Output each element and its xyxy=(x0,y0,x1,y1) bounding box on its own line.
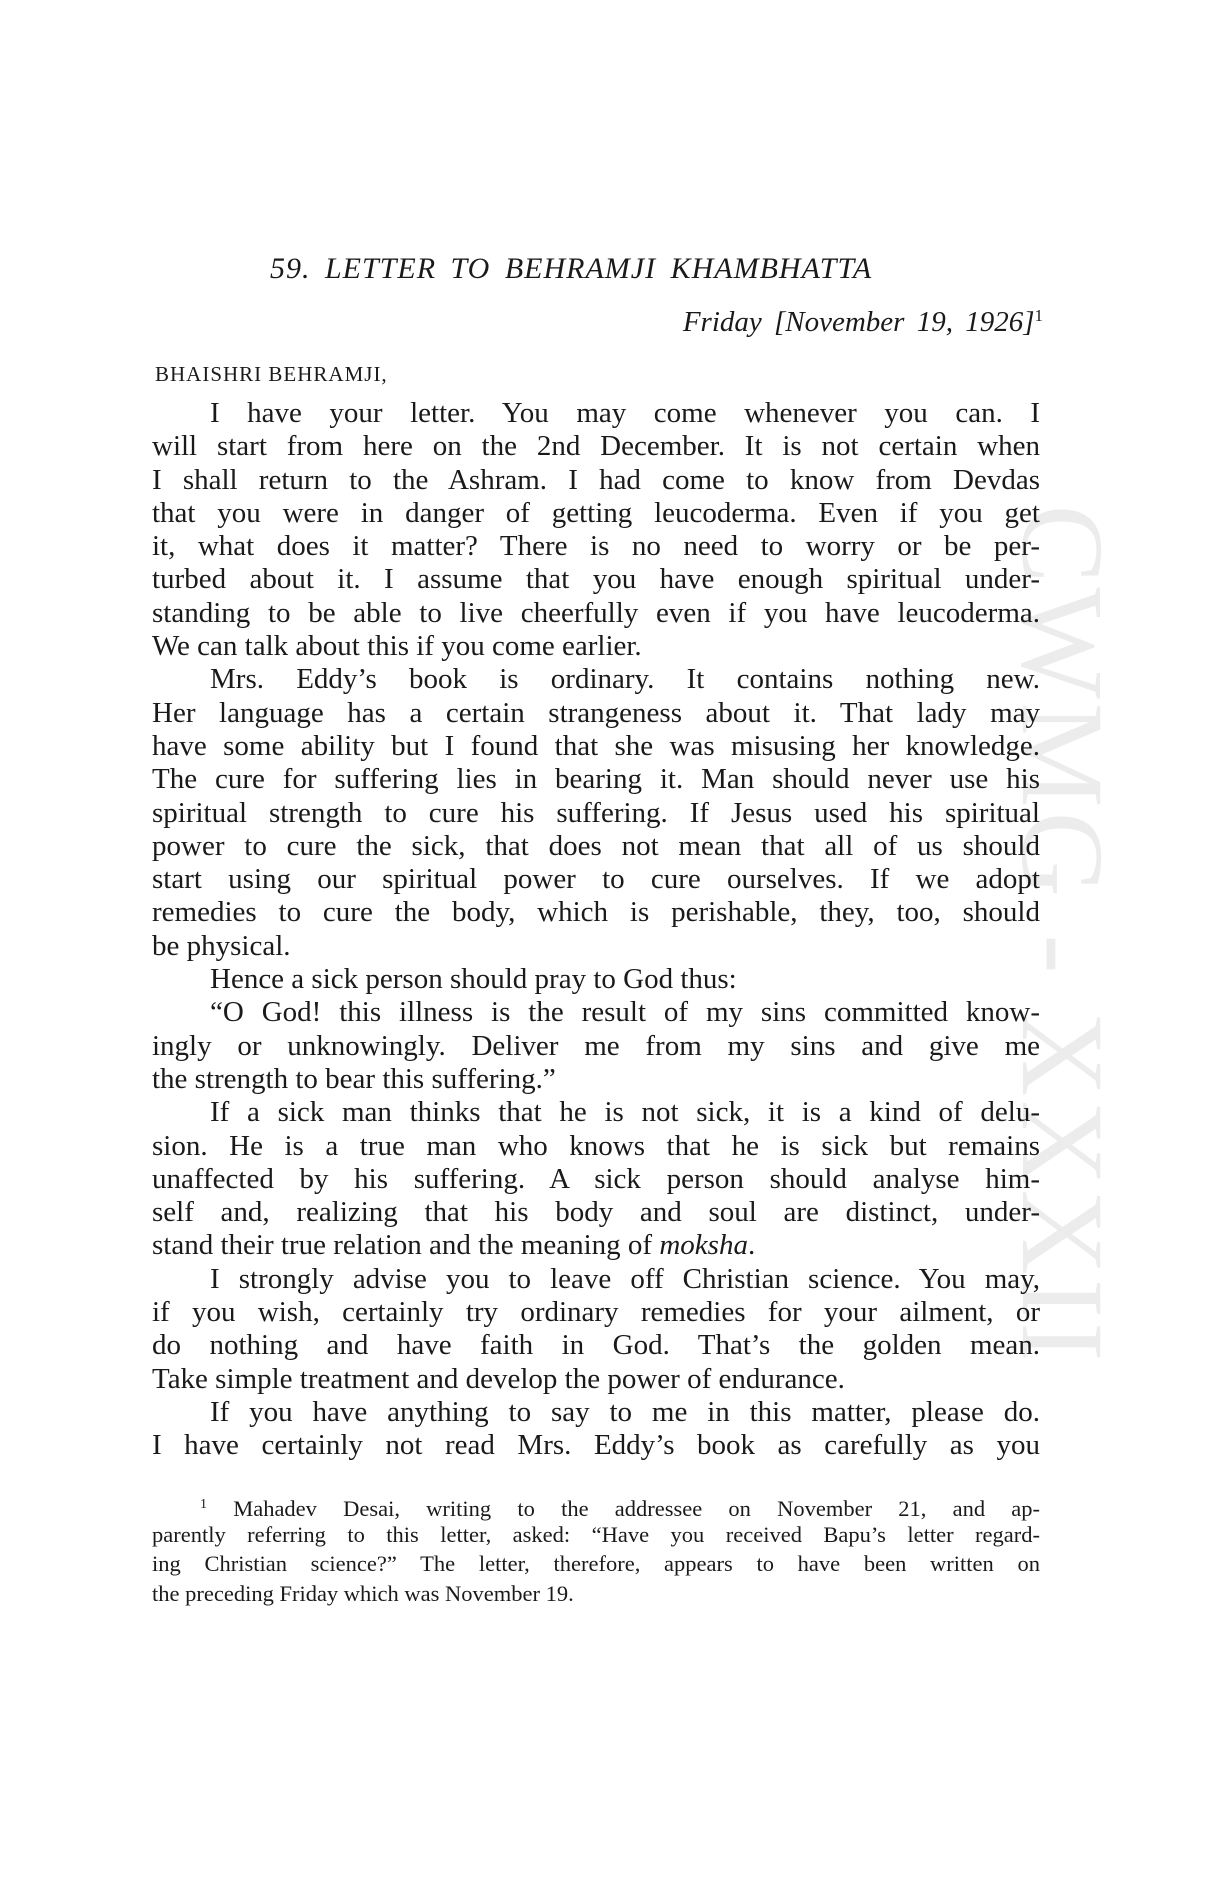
footnote-line: ing Christian science?” The letter, ther… xyxy=(152,1549,1040,1579)
body-line: remedies to cure the body, which is peri… xyxy=(152,896,1040,929)
body-line: the strength to bear this suffering.” xyxy=(152,1063,1040,1096)
dateline: Friday [November 19, 1926]1 xyxy=(683,306,1043,339)
body-line: Hence a sick person should pray to God t… xyxy=(152,963,1040,996)
punctuation: . xyxy=(748,1229,755,1261)
body-line: do nothing and have faith in God. That’s… xyxy=(152,1329,1040,1362)
body-line: standing to be able to live cheerfully e… xyxy=(152,597,1040,630)
body-line: that you were in danger of getting leuco… xyxy=(152,497,1040,530)
body-line: If you have anything to say to me in thi… xyxy=(152,1396,1040,1429)
body-line: Her language has a certain strangeness a… xyxy=(152,697,1040,730)
body-line: power to cure the sick, that does not me… xyxy=(152,830,1040,863)
body-line: Take simple treatment and develop the po… xyxy=(152,1363,1040,1396)
body-line: it, what does it matter? There is no nee… xyxy=(152,530,1040,563)
body-line: be physical. xyxy=(152,930,1040,963)
body-line: The cure for suffering lies in bearing i… xyxy=(152,763,1040,796)
letter-body: I have your letter. You may come wheneve… xyxy=(152,397,1040,1463)
footnote-text: Mahadev Desai, writing to the addressee … xyxy=(233,1496,1040,1521)
body-line: “O God! this illness is the result of my… xyxy=(152,996,1040,1029)
body-line: I have certainly not read Mrs. Eddy’s bo… xyxy=(152,1429,1040,1462)
salutation: BHAISHRI BEHRAMJI, xyxy=(155,362,388,387)
body-line: I have your letter. You may come wheneve… xyxy=(152,397,1040,430)
dateline-text: Friday [November 19, 1926] xyxy=(683,306,1035,338)
body-line: if you wish, certainly try ordinary reme… xyxy=(152,1296,1040,1329)
letter-title: 59. LETTER TO BEHRAMJI KHAMBHATTA xyxy=(270,252,872,286)
body-line-text: stand their true relation and the meanin… xyxy=(152,1229,652,1261)
footnote-ref: 1 xyxy=(1035,306,1044,325)
footnote-line: the preceding Friday which was November … xyxy=(152,1579,1040,1609)
italic-term: moksha xyxy=(659,1229,748,1261)
body-line: ingly or unknowingly. Deliver me from my… xyxy=(152,1030,1040,1063)
body-line: stand their true relation and the meanin… xyxy=(152,1229,1040,1262)
footnotes: 1 Mahadev Desai, writing to the addresse… xyxy=(152,1490,1040,1608)
body-line: self and, realizing that his body and so… xyxy=(152,1196,1040,1229)
body-line: We can talk about this if you come earli… xyxy=(152,630,1040,663)
body-line: unaffected by his suffering. A sick pers… xyxy=(152,1163,1040,1196)
body-line: I shall return to the Ashram. I had come… xyxy=(152,464,1040,497)
body-line: sion. He is a true man who knows that he… xyxy=(152,1130,1040,1163)
footnote-marker: 1 xyxy=(200,1497,207,1512)
body-line: Mrs. Eddy’s book is ordinary. It contain… xyxy=(152,663,1040,696)
footnote-line: 1 Mahadev Desai, writing to the addresse… xyxy=(152,1490,1040,1520)
footnote-line: parently referring to this letter, asked… xyxy=(152,1520,1040,1550)
body-line: I strongly advise you to leave off Chris… xyxy=(152,1263,1040,1296)
body-line: spiritual strength to cure his suffering… xyxy=(152,797,1040,830)
body-line: turbed about it. I assume that you have … xyxy=(152,563,1040,596)
body-line: have some ability but I found that she w… xyxy=(152,730,1040,763)
body-line: start using our spiritual power to cure … xyxy=(152,863,1040,896)
body-line: will start from here on the 2nd December… xyxy=(152,430,1040,463)
body-line: If a sick man thinks that he is not sick… xyxy=(152,1096,1040,1129)
